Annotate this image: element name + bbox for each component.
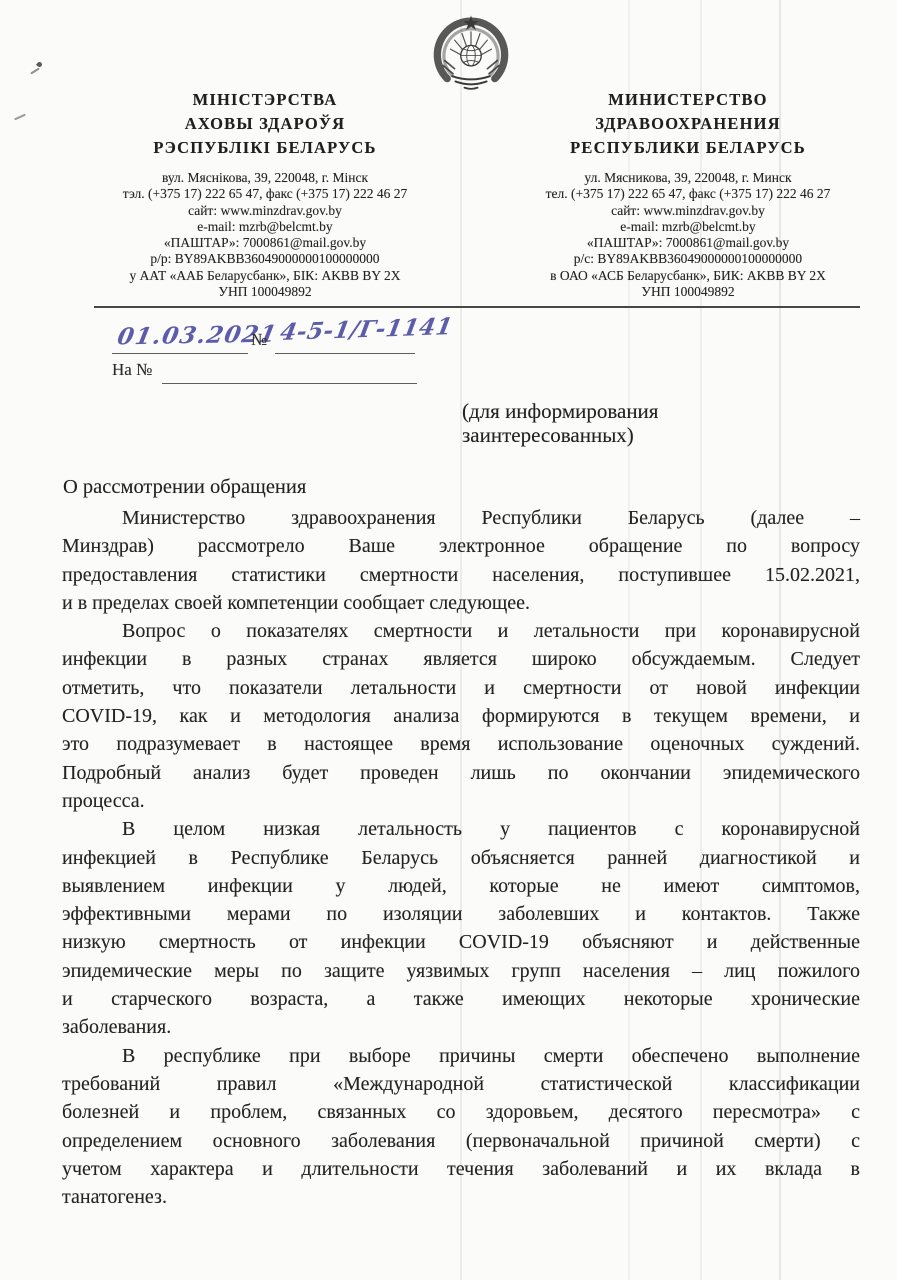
title-line: АХОВЫ ЗДАРОЎЯ: [95, 112, 435, 136]
address-line: e-mail: mzrb@belcmt.by: [518, 219, 858, 235]
body-line: низкую смертность от инфекции COVID-19 о…: [62, 928, 860, 956]
outgoing-number-field: [275, 353, 415, 354]
outgoing-date-field: [112, 353, 248, 354]
body-line: эпидемические меры по защите уязвимых гр…: [62, 957, 860, 985]
address-line: вул. Мяснікова, 39, 220048, г. Мінск: [95, 170, 435, 186]
body-line: Минздрав) рассмотрело Ваше электронное о…: [62, 532, 860, 560]
incoming-ref-field: [162, 383, 417, 384]
address-line: в ОАО «АСБ Беларусбанк», БИК: AKBB BY 2X: [518, 268, 858, 284]
address-line: сайт: www.minzdrav.gov.by: [95, 203, 435, 219]
outgoing-number-handwritten: 4-5-1/Г-1141: [278, 313, 455, 346]
letter-body: Министерство здравоохранения Республики …: [62, 504, 860, 1211]
body-line: предоставления статистики смертности нас…: [62, 561, 860, 589]
ink-speck: [30, 68, 40, 75]
title-line: РЕСПУБЛИКИ БЕЛАРУСЬ: [518, 136, 858, 160]
recipient-note: (для информирования заинтересованных): [462, 400, 658, 447]
body-line: эффективными мерами по изоляции заболевш…: [62, 900, 860, 928]
body-line: Вопрос о показателях смертности и леталь…: [62, 617, 860, 645]
body-line: инфекции в разных странах является широк…: [62, 645, 860, 673]
body-paragraph: Вопрос о показателях смертности и леталь…: [62, 617, 860, 815]
body-line: и старческого возраста, а также имеющих …: [62, 985, 860, 1013]
letterhead-belarusian: МІНІСТЭРСТВА АХОВЫ ЗДАРОЎЯ РЭСПУБЛІКІ БЕ…: [95, 88, 435, 300]
body-line: определением основного заболевания (перв…: [62, 1127, 860, 1155]
address-line: тэл. (+375 17) 222 65 47, факс (+375 17)…: [95, 186, 435, 202]
ministry-contacts-ru: ул. Мясникова, 39, 220048, г. Минск тел.…: [518, 170, 858, 300]
note-line: заинтересованных): [462, 424, 658, 448]
address-line: «ПАШТАР»: 7000861@mail.gov.by: [95, 235, 435, 251]
letterhead-russian: МИНИСТЕРСТВО ЗДРАВООХРАНЕНИЯ РЕСПУБЛИКИ …: [518, 88, 858, 300]
ministry-title-ru: МИНИСТЕРСТВО ЗДРАВООХРАНЕНИЯ РЕСПУБЛИКИ …: [518, 88, 858, 160]
address-line: e-mail: mzrb@belcmt.by: [95, 219, 435, 235]
address-line: УНП 100049892: [518, 284, 858, 300]
body-paragraph: Министерство здравоохранения Республики …: [62, 504, 860, 617]
note-line: (для информирования: [462, 400, 658, 424]
body-paragraph: В целом низкая летальность у пациентов с…: [62, 815, 860, 1041]
body-line: В целом низкая летальность у пациентов с…: [62, 815, 860, 843]
body-line: В республике при выборе причины смерти о…: [62, 1042, 860, 1070]
body-line: требований правил «Международной статист…: [62, 1070, 860, 1098]
title-line: МІНІСТЭРСТВА: [95, 88, 435, 112]
body-line: заболевания.: [62, 1013, 860, 1041]
address-line: «ПАШТАР»: 7000861@mail.gov.by: [518, 235, 858, 251]
address-line: ул. Мясникова, 39, 220048, г. Минск: [518, 170, 858, 186]
body-line: танатогенез.: [62, 1183, 860, 1211]
body-line: COVID-19, как и методология анализа форм…: [62, 702, 860, 730]
belarus-coat-of-arms-icon: [430, 12, 512, 96]
body-paragraph: В республике при выборе причины смерти о…: [62, 1042, 860, 1212]
ink-speck: [14, 114, 26, 121]
ministry-contacts-by: вул. Мяснікова, 39, 220048, г. Мінск тэл…: [95, 170, 435, 300]
number-sign-label: №: [251, 330, 267, 350]
reply-to-label: На №: [112, 360, 152, 380]
body-line: болезней и проблем, связанных со здоровь…: [62, 1098, 860, 1126]
ink-speck: [36, 61, 43, 68]
address-line: сайт: www.minzdrav.gov.by: [518, 203, 858, 219]
body-line: выявлением инфекции у людей, которые не …: [62, 872, 860, 900]
body-line: и в пределах своей компетенции сообщает …: [62, 589, 860, 617]
body-line: это подразумевает в настоящее время испо…: [62, 730, 860, 758]
body-line: учетом характера и длительности течения …: [62, 1155, 860, 1183]
address-line: р/с: BY89AKBB36049000000100000000: [518, 251, 858, 267]
body-line: инфекцией в Республике Беларусь объясняе…: [62, 844, 860, 872]
scanned-letter-page: МІНІСТЭРСТВА АХОВЫ ЗДАРОЎЯ РЭСПУБЛІКІ БЕ…: [0, 0, 897, 1280]
letter-subject: О рассмотрении обращения: [63, 476, 306, 499]
address-line: тел. (+375 17) 222 65 47, факс (+375 17)…: [518, 186, 858, 202]
body-line: процесса.: [62, 787, 860, 815]
address-line: р/р: BY89AKBB36049000000100000000: [95, 251, 435, 267]
body-line: отметить, что показатели летальности и с…: [62, 674, 860, 702]
body-line: Подробный анализ будет проведен лишь по …: [62, 759, 860, 787]
letterhead-divider-rule: [94, 306, 860, 308]
title-line: МИНИСТЕРСТВО: [518, 88, 858, 112]
address-line: УНП 100049892: [95, 284, 435, 300]
ministry-title-by: МІНІСТЭРСТВА АХОВЫ ЗДАРОЎЯ РЭСПУБЛІКІ БЕ…: [95, 88, 435, 160]
body-line: Министерство здравоохранения Республики …: [62, 504, 860, 532]
title-line: РЭСПУБЛІКІ БЕЛАРУСЬ: [95, 136, 435, 160]
title-line: ЗДРАВООХРАНЕНИЯ: [518, 112, 858, 136]
address-line: у ААТ «ААБ Беларусбанк», БІК: AKBB BY 2X: [95, 268, 435, 284]
